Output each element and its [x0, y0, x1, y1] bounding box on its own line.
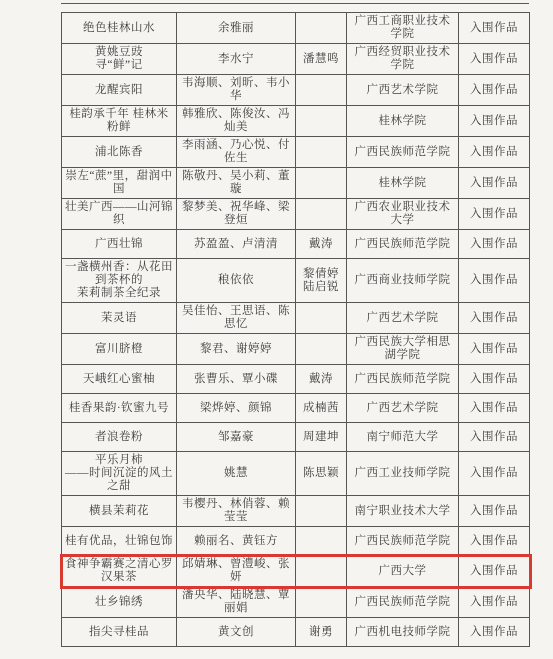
cell-award: 入围作品	[459, 137, 530, 168]
cell-award: 入围作品	[459, 394, 530, 423]
cell-work-title: 食神争霸赛之清心罗汉果茶	[62, 556, 177, 587]
cell-advisor	[296, 106, 347, 137]
cell-award: 入围作品	[459, 230, 530, 259]
cell-work-title: 桂有优品，壮锦包饰	[62, 527, 177, 556]
table-body: 绝色桂林山水 余雅丽 广西工商职业技术学院 入围作品 黄姚豆豉 寻“鲜”记 李水…	[62, 13, 530, 647]
cell-authors: 韦樱丹、林俏蓉、赖莹莹	[177, 496, 296, 527]
cell-institution: 广西民族师范学院	[347, 527, 459, 556]
table-row: 天峨红心蜜柚 张曹乐、覃小碟 戴涛 广西民族师范学院 入围作品	[62, 365, 530, 394]
cell-advisor	[296, 168, 347, 199]
cell-award: 入围作品	[459, 259, 530, 303]
cell-work-title: 者浪卷粉	[62, 423, 177, 452]
cell-advisor: 陈思颖	[296, 452, 347, 496]
cell-award: 入围作品	[459, 527, 530, 556]
cell-work-title: 壮美广西——山河锦织	[62, 199, 177, 230]
table-row: 崇左“蔗”里，甜润中国 陈敬丹、吴小莉、董璇 桂林学院 入围作品	[62, 168, 530, 199]
cell-institution: 广西机电技师学院	[347, 618, 459, 647]
cell-institution: 广西民族师范学院	[347, 137, 459, 168]
table-row: 茉灵语 吴佳怡、王思语、陈思忆 广西艺术学院 入围作品	[62, 303, 530, 334]
shortlisted-works-table: 绝色桂林山水 余雅丽 广西工商职业技术学院 入围作品 黄姚豆豉 寻“鲜”记 李水…	[61, 12, 530, 647]
cell-institution: 广西工商职业技术学院	[347, 13, 459, 44]
cell-advisor: 成楠茜	[296, 394, 347, 423]
cell-advisor	[296, 556, 347, 587]
cell-authors: 梁烨婷、颜锦	[177, 394, 296, 423]
cell-institution: 广西艺术学院	[347, 75, 459, 106]
cell-authors: 赖丽名、黄钰方	[177, 527, 296, 556]
cell-award: 入围作品	[459, 452, 530, 496]
table-row: 横县茉莉花 韦樱丹、林俏蓉、赖莹莹 南宁职业技术大学 入围作品	[62, 496, 530, 527]
cell-authors: 李水宁	[177, 44, 296, 75]
cell-work-title: 广西壮锦	[62, 230, 177, 259]
cell-authors: 苏盈盈、卢清清	[177, 230, 296, 259]
cell-advisor	[296, 527, 347, 556]
cell-award: 入围作品	[459, 423, 530, 452]
cell-institution: 桂林学院	[347, 106, 459, 137]
table-row: 桂韵承千年 桂林米粉鲜 韩雅欣、陈俊汝、冯灿美 桂林学院 入围作品	[62, 106, 530, 137]
table-row: 龙醒宾阳 韦海顺、刘昕、韦小华 广西艺术学院 入围作品	[62, 75, 530, 106]
cell-work-title: 壮乡锦绣	[62, 587, 177, 618]
cell-advisor: 周建坤	[296, 423, 347, 452]
cell-advisor	[296, 334, 347, 365]
table-row: 一盏横州香：从花田到茶杯的 茉莉制茶全纪录 稂依依 黎倩婷 陆启锐 广西商业技师…	[62, 259, 530, 303]
cell-institution: 广西民族师范学院	[347, 230, 459, 259]
table-row: 浦北陈香 李雨涵、乃心悦、付佐生 广西民族师范学院 入围作品	[62, 137, 530, 168]
cell-institution: 南宁师范大学	[347, 423, 459, 452]
cell-work-title: 龙醒宾阳	[62, 75, 177, 106]
cell-authors: 邹嘉豪	[177, 423, 296, 452]
cell-institution: 广西民族师范学院	[347, 587, 459, 618]
cell-advisor: 戴涛	[296, 230, 347, 259]
table-row: 桂香果韵·钦蜜九号 梁烨婷、颜锦 成楠茜 广西艺术学院 入围作品	[62, 394, 530, 423]
cell-authors: 韦海顺、刘昕、韦小华	[177, 75, 296, 106]
cell-work-title: 崇左“蔗”里，甜润中国	[62, 168, 177, 199]
cell-authors: 黎梦美、祝华峰、梁登烜	[177, 199, 296, 230]
cell-work-title: 横县茉莉花	[62, 496, 177, 527]
cell-advisor: 黎倩婷 陆启锐	[296, 259, 347, 303]
cell-work-title: 指尖寻桂品	[62, 618, 177, 647]
cell-advisor: 谢勇	[296, 618, 347, 647]
cell-advisor: 戴涛	[296, 365, 347, 394]
cell-authors: 稂依依	[177, 259, 296, 303]
table-row: 黄姚豆豉 寻“鲜”记 李水宁 潘慧鸣 广西经贸职业技术学院 入围作品	[62, 44, 530, 75]
cell-award: 入围作品	[459, 334, 530, 365]
cell-advisor	[296, 137, 347, 168]
cell-institution: 广西民族大学相思湖学院	[347, 334, 459, 365]
cell-work-title: 黄姚豆豉 寻“鲜”记	[62, 44, 177, 75]
cell-advisor	[296, 13, 347, 44]
cell-institution: 桂林学院	[347, 168, 459, 199]
cell-work-title: 桂香果韵·钦蜜九号	[62, 394, 177, 423]
cell-authors: 韩雅欣、陈俊汝、冯灿美	[177, 106, 296, 137]
cell-award: 入围作品	[459, 303, 530, 334]
cell-authors: 张曹乐、覃小碟	[177, 365, 296, 394]
cell-institution: 广西工业技师学院	[347, 452, 459, 496]
cell-advisor	[296, 496, 347, 527]
cell-award: 入围作品	[459, 587, 530, 618]
cell-work-title: 富川脐橙	[62, 334, 177, 365]
cell-work-title: 一盏横州香：从花田到茶杯的 茉莉制茶全纪录	[62, 259, 177, 303]
cell-institution: 广西艺术学院	[347, 303, 459, 334]
cell-advisor	[296, 75, 347, 106]
cell-authors: 黄文创	[177, 618, 296, 647]
cell-authors: 李雨涵、乃心悦、付佐生	[177, 137, 296, 168]
cell-award: 入围作品	[459, 13, 530, 44]
table-row: 广西壮锦 苏盈盈、卢清清 戴涛 广西民族师范学院 入围作品	[62, 230, 530, 259]
table-row: 指尖寻桂品 黄文创 谢勇 广西机电技师学院 入围作品	[62, 618, 530, 647]
cell-award: 入围作品	[459, 168, 530, 199]
cell-work-title: 浦北陈香	[62, 137, 177, 168]
cell-award: 入围作品	[459, 618, 530, 647]
cell-award: 入围作品	[459, 75, 530, 106]
cell-advisor: 潘慧鸣	[296, 44, 347, 75]
table-row: 平乐月柿 ——时间沉淀的风土之甜 姚慧 陈思颖 广西工业技师学院 入围作品	[62, 452, 530, 496]
cell-advisor	[296, 303, 347, 334]
cell-authors: 潘央华、陆晓慧、覃丽娟	[177, 587, 296, 618]
cell-authors: 邱婧琳、曾澧峻、张妍	[177, 556, 296, 587]
cell-award: 入围作品	[459, 106, 530, 137]
table-row: 富川脐橙 黎君、谢婷婷 广西民族大学相思湖学院 入围作品	[62, 334, 530, 365]
cell-award: 入围作品	[459, 199, 530, 230]
cell-authors: 姚慧	[177, 452, 296, 496]
cell-work-title: 茉灵语	[62, 303, 177, 334]
page: { "colors": { "background": "#f5f4f1", "…	[0, 0, 553, 659]
cell-award: 入围作品	[459, 496, 530, 527]
cell-work-title: 天峨红心蜜柚	[62, 365, 177, 394]
table-row: 绝色桂林山水 余雅丽 广西工商职业技术学院 入围作品	[62, 13, 530, 44]
cell-advisor	[296, 587, 347, 618]
table-row: 者浪卷粉 邹嘉豪 周建坤 南宁师范大学 入围作品	[62, 423, 530, 452]
table-row: 壮美广西——山河锦织 黎梦美、祝华峰、梁登烜 广西农业职业技术大学 入围作品	[62, 199, 530, 230]
table-row: 桂有优品，壮锦包饰 赖丽名、黄钰方 广西民族师范学院 入围作品	[62, 527, 530, 556]
cell-authors: 陈敬丹、吴小莉、董璇	[177, 168, 296, 199]
cell-work-title: 绝色桂林山水	[62, 13, 177, 44]
cell-institution: 广西艺术学院	[347, 394, 459, 423]
cell-institution: 广西商业技师学院	[347, 259, 459, 303]
cell-work-title: 平乐月柿 ——时间沉淀的风土之甜	[62, 452, 177, 496]
cell-institution: 广西大学	[347, 556, 459, 587]
cell-authors: 黎君、谢婷婷	[177, 334, 296, 365]
cell-authors: 余雅丽	[177, 13, 296, 44]
table-top-fragment-line	[61, 3, 529, 4]
cell-award: 入围作品	[459, 44, 530, 75]
cell-institution: 广西农业职业技术大学	[347, 199, 459, 230]
cell-work-title: 桂韵承千年 桂林米粉鲜	[62, 106, 177, 137]
cell-authors: 吴佳怡、王思语、陈思忆	[177, 303, 296, 334]
cell-award: 入围作品	[459, 365, 530, 394]
cell-award: 入围作品	[459, 556, 530, 587]
cell-institution: 南宁职业技术大学	[347, 496, 459, 527]
cell-institution: 广西经贸职业技术学院	[347, 44, 459, 75]
cell-advisor	[296, 199, 347, 230]
table-row: 食神争霸赛之清心罗汉果茶 邱婧琳、曾澧峻、张妍 广西大学 入围作品	[62, 556, 530, 587]
table-row: 壮乡锦绣 潘央华、陆晓慧、覃丽娟 广西民族师范学院 入围作品	[62, 587, 530, 618]
cell-institution: 广西民族师范学院	[347, 365, 459, 394]
